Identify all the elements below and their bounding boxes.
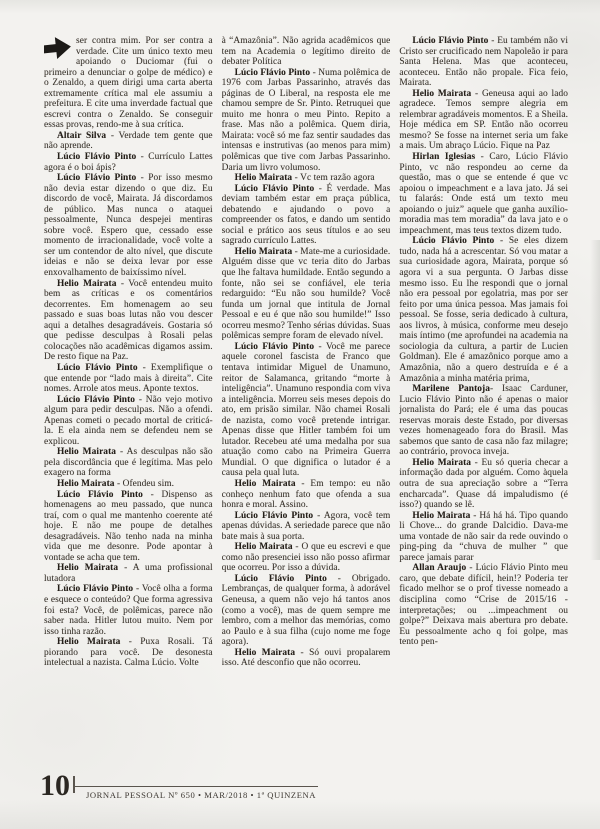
- dialogue-paragraph: Helio Mairata - O que eu escrevi e que c…: [222, 542, 391, 574]
- speaker-name: Helio Mairata: [57, 279, 116, 289]
- dialogue-paragraph: Helio Mairata - Você entendeu muito bem …: [44, 279, 213, 363]
- journal-issue-line: JORNAL PESSOAL Nº 650 • MAR/2018 • 1ª QU…: [75, 786, 318, 800]
- speaker-name: Helio Mairata: [235, 542, 293, 552]
- dialogue-paragraph: Helio Mairata - Geneusa aqui ao lado agr…: [399, 89, 568, 152]
- speaker-name: Helio Mairata: [412, 458, 471, 468]
- dialogue-paragraph: Helio Mairata - Há há há. Tipo quando li…: [399, 511, 568, 564]
- dialogue-paragraph: Helio Mairata - Vc tem razão agora: [222, 173, 391, 184]
- speaker-name: Lúcio Flávio Pinto: [57, 584, 133, 594]
- speaker-name: Helio Mairata: [235, 173, 293, 183]
- dialogue-paragraph: Hirlan Iglesias - Caro, Lúcio Flávio Pin…: [399, 152, 568, 236]
- speaker-name: Lúcio Flávio Pinto: [57, 173, 136, 183]
- speaker-name: Helio Mairata: [57, 563, 118, 573]
- dialogue-paragraph: Lúcio Flávio Pinto - Eu também não vi Cr…: [399, 36, 568, 89]
- paragraph-text: - Obrigado. Lembranças, de qualquer form…: [222, 574, 391, 647]
- page-footer: 10 JORNAL PESSOAL Nº 650 • MAR/2018 • 1ª…: [40, 773, 318, 800]
- dialogue-paragraph: Lúcio Flávio Pinto - Dispenso as homenag…: [44, 490, 213, 564]
- scan-bottom-shadow: [0, 799, 600, 829]
- paragraph-text: - Dispenso as homenagens ao meu passado,…: [44, 490, 213, 563]
- arrow-right-icon: [44, 36, 72, 60]
- paragraph-text: - Lúcio Flávio Pinto meu caro, que debat…: [399, 563, 568, 647]
- paragraph-text: - Se eles dizem tudo, nada há a acrescen…: [399, 236, 568, 383]
- speaker-name: Helio Mairata: [57, 447, 116, 457]
- paragraph-text: - Vc tem razão agora: [292, 173, 374, 183]
- paragraph-text: - Você me parece aquele coronel fascista…: [222, 342, 391, 479]
- paragraph-text: - Caro, Lúcio Flávio Pinto, vc não respo…: [399, 152, 568, 236]
- scan-top-shadow: [0, 0, 600, 14]
- dialogue-paragraph: à “Amazônia”. Não agrida acadêmicos que …: [222, 36, 391, 68]
- paragraph-text: - Ofendeu sim.: [115, 479, 175, 489]
- speaker-name: Helio Mairata: [235, 247, 293, 257]
- speaker-name: Lúcio Flávio Pinto: [412, 36, 488, 46]
- speaker-name: Helio Mairata: [57, 479, 115, 489]
- dialogue-paragraph: Lúcio Flávio Pinto - Exemplifique o que …: [44, 363, 213, 395]
- speaker-name: Helio Mairata: [412, 89, 471, 99]
- text-column-2: à “Amazônia”. Não agrida acadêmicos que …: [222, 36, 391, 766]
- dialogue-paragraph: Lúcio Flávio Pinto - Você olha a forma e…: [44, 584, 213, 637]
- speaker-name: Lúcio Flávio Pinto: [235, 511, 314, 521]
- speaker-name: Allan Araujo: [412, 563, 466, 573]
- dialogue-paragraph: Helio Mairata - Em tempo: eu não conheço…: [222, 479, 391, 511]
- paragraph-text: - É verdade. Mas deviam também estar em …: [222, 184, 391, 247]
- speaker-name: Hirlan Iglesias: [412, 152, 475, 162]
- speaker-name: Helio Mairata: [235, 479, 296, 489]
- dialogue-paragraph: Lúcio Flávio Pinto - Não vejo motivo alg…: [44, 395, 213, 448]
- text-column-1: ser contra mim. Por ser contra a verdade…: [44, 36, 213, 766]
- speaker-name: Lúcio Flávio Pinto: [235, 574, 327, 584]
- paragraph-text: - Mate-me a curiosidade. Alguém disse qu…: [222, 247, 391, 341]
- scan-right-shadow: [590, 240, 600, 560]
- dialogue-paragraph: Lúcio Flávio Pinto - Obrigado. Lembrança…: [222, 574, 391, 648]
- dialogue-paragraph: Altair Silva - Verdade tem gente que não…: [44, 131, 213, 152]
- paragraph-text: - Você entendeu muito bem as críticas e …: [44, 279, 213, 363]
- dialogue-paragraph: ser contra mim. Por ser contra a verdade…: [44, 36, 213, 131]
- dialogue-paragraph: Helio Mairata - Mate-me a curiosidade. A…: [222, 247, 391, 342]
- dialogue-paragraph: Marilene Pantoja- Isaac Carduner, Lucio …: [399, 384, 568, 458]
- paragraph-text: - Isaac Carduner, Lucio Flávio Pinto não…: [399, 384, 568, 457]
- dialogue-paragraph: Lúcio Flávio Pinto - Por isso mesmo não …: [44, 173, 213, 278]
- paragraph-text: - Por isso mesmo não devia estar dizendo…: [44, 173, 213, 278]
- dialogue-paragraph: Lúcio Flávio Pinto - É verdade. Mas devi…: [222, 184, 391, 247]
- dialogue-paragraph: Helio Mairata - A uma profissional lutad…: [44, 563, 213, 584]
- dialogue-paragraph: Helio Mairata - Puxa Rosali. Tá piorando…: [44, 637, 213, 669]
- paragraph-text: à “Amazônia”. Não agrida acadêmicos que …: [222, 36, 391, 67]
- speaker-name: Lúcio Flávio Pinto: [235, 184, 315, 194]
- dialogue-paragraph: Lúcio Flávio Pinto - Se eles dizem tudo,…: [399, 236, 568, 384]
- speaker-name: Lúcio Flávio Pinto: [57, 395, 135, 405]
- speaker-name: Lúcio Flávio Pinto: [57, 152, 136, 162]
- scanned-journal-page: ser contra mim. Por ser contra a verdade…: [0, 0, 600, 829]
- dialogue-paragraph: Helio Mairata - Ofendeu sim.: [44, 479, 213, 490]
- page-number: 10: [40, 773, 70, 799]
- dialogue-paragraph: Helio Mairata - As desculpas não são pel…: [44, 447, 213, 479]
- dialogue-paragraph: Lúcio Flávio Pinto - Currículo Lattes ag…: [44, 152, 213, 173]
- dialogue-paragraph: Lúcio Flávio Pinto - Numa polêmica de 19…: [222, 68, 391, 173]
- text-column-3: Lúcio Flávio Pinto - Eu também não vi Cr…: [399, 36, 568, 766]
- paragraph-text: - Numa polêmica de 1976 com Jarbas Passa…: [222, 68, 391, 173]
- paragraph-text: - Geneusa aqui ao lado agradece. Temos s…: [399, 89, 568, 152]
- article-columns: ser contra mim. Por ser contra a verdade…: [44, 36, 568, 766]
- speaker-name: Lúcio Flávio Pinto: [57, 363, 138, 373]
- dialogue-paragraph: Helio Mairata - Só ouvi propalarem isso.…: [222, 648, 391, 669]
- speaker-name: Helio Mairata: [235, 648, 295, 658]
- speaker-name: Lúcio Flávio Pinto: [235, 68, 310, 78]
- speaker-name: Helio Mairata: [412, 511, 470, 521]
- speaker-name: Helio Mairata: [57, 637, 120, 647]
- dialogue-paragraph: Lúcio Flávio Pinto - Agora, você tem ape…: [222, 511, 391, 543]
- speaker-name: Lúcio Flávio Pinto: [412, 236, 494, 246]
- dialogue-paragraph: Lúcio Flávio Pinto - Você me parece aque…: [222, 342, 391, 479]
- speaker-name: Marilene Pantoja: [412, 384, 490, 394]
- speaker-name: Lúcio Flávio Pinto: [57, 490, 143, 500]
- dialogue-paragraph: Helio Mairata - Eu só queria checar a in…: [399, 458, 568, 511]
- speaker-name: Altair Silva: [57, 131, 106, 141]
- dialogue-paragraph: Allan Araujo - Lúcio Flávio Pinto meu ca…: [399, 563, 568, 647]
- speaker-name: Lúcio Flávio Pinto: [235, 342, 314, 352]
